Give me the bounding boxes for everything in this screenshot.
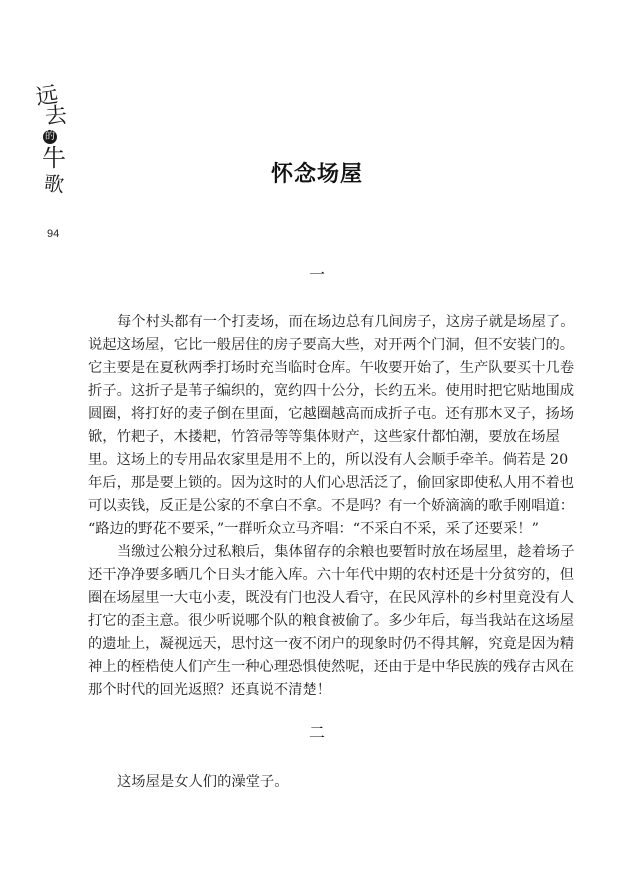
paragraph-3: 这场屋是女人们的澡堂子。: [88, 771, 554, 794]
text-line: 每个村头都有一个打麦场，而在场边总有几间房子，这房子就是场屋了。: [88, 311, 554, 334]
text-line: 年后，那是要上锁的。因为这时的人们心思活泛了，偷回家即使私人用不着也: [88, 472, 554, 495]
section-marker-1: 一: [0, 262, 634, 285]
text-line: 说起这场屋，它比一般居住的房子要高大些，对开两个门洞，但不安装门的。: [88, 334, 554, 357]
paragraph-2: 当缴过公粮分过私粮后，集体留存的余粮也要暂时放在场屋里，趁着场子 还干净净要多晒…: [88, 541, 554, 702]
article-title: 怀念场屋: [0, 157, 634, 188]
logo-char: 去: [44, 105, 67, 128]
text-line: 还干净净要多晒几个日头才能入库。六十年代中期的农村还是十分贫穷的，但: [88, 564, 554, 587]
text-line: 当缴过公粮分过私粮后，集体留存的余粮也要暂时放在场屋里，趁着场子: [88, 541, 554, 564]
section-1-body: 每个村头都有一个打麦场，而在场边总有几间房子，这房子就是场屋了。 说起这场屋，它…: [88, 311, 554, 702]
text-line: 神上的桎梏使人们产生一种心理恐惧使然呢，还由于是中华民族的残存古风在: [88, 656, 554, 679]
logo-char: 的: [43, 130, 57, 144]
section-marker-2: 二: [0, 720, 634, 743]
text-line: 里。这场上的专用品农家里是用不上的，所以没有人会顺手牵羊。倘若是 20: [88, 449, 554, 472]
text-line: 这场屋是女人们的澡堂子。: [88, 771, 554, 794]
text-line: 圈在场屋里一大屯小麦，既没有门也没人看守，在民风淳朴的乡村里竟没有人: [88, 587, 554, 610]
section-2-body: 这场屋是女人们的澡堂子。: [88, 771, 554, 794]
page-number: 94: [47, 228, 59, 240]
text-line: 折子。这折子是苇子编织的，宽约四十公分，长约五米。使用时把它贴地围成: [88, 380, 554, 403]
paragraph-1: 每个村头都有一个打麦场，而在场边总有几间房子，这房子就是场屋了。 说起这场屋，它…: [88, 311, 554, 541]
text-line: 的遗址上，凝视远天，思忖这一夜不闭户的现象时仍不得其解，究竟是因为精: [88, 633, 554, 656]
text-line: 那个时代的回光返照？还真说不清楚！: [88, 679, 554, 702]
text-line: “路边的野花不要采，”一群听众立马齐唱：“不采白不采，采了还要采！”: [88, 518, 554, 541]
text-line: 它主要是在夏秋两季打场时充当临时仓库。午收要开始了，生产队要买十几卷: [88, 357, 554, 380]
text-line: 圆圈，将打好的麦子倒在里面，它越圈越高而成折子屯。还有那木叉子，扬场: [88, 403, 554, 426]
text-line: 锨，竹耙子，木搂耙，竹笤帚等等集体财产，这些家什都怕潮，要放在场屋: [88, 426, 554, 449]
text-line: 可以卖钱，反正是公家的不拿白不拿。不是吗？有一个娇滴滴的歌手刚唱道：: [88, 495, 554, 518]
text-line: 打它的歪主意。很少听说哪个队的粮食被偷了。多少年后，每当我站在这场屋: [88, 610, 554, 633]
